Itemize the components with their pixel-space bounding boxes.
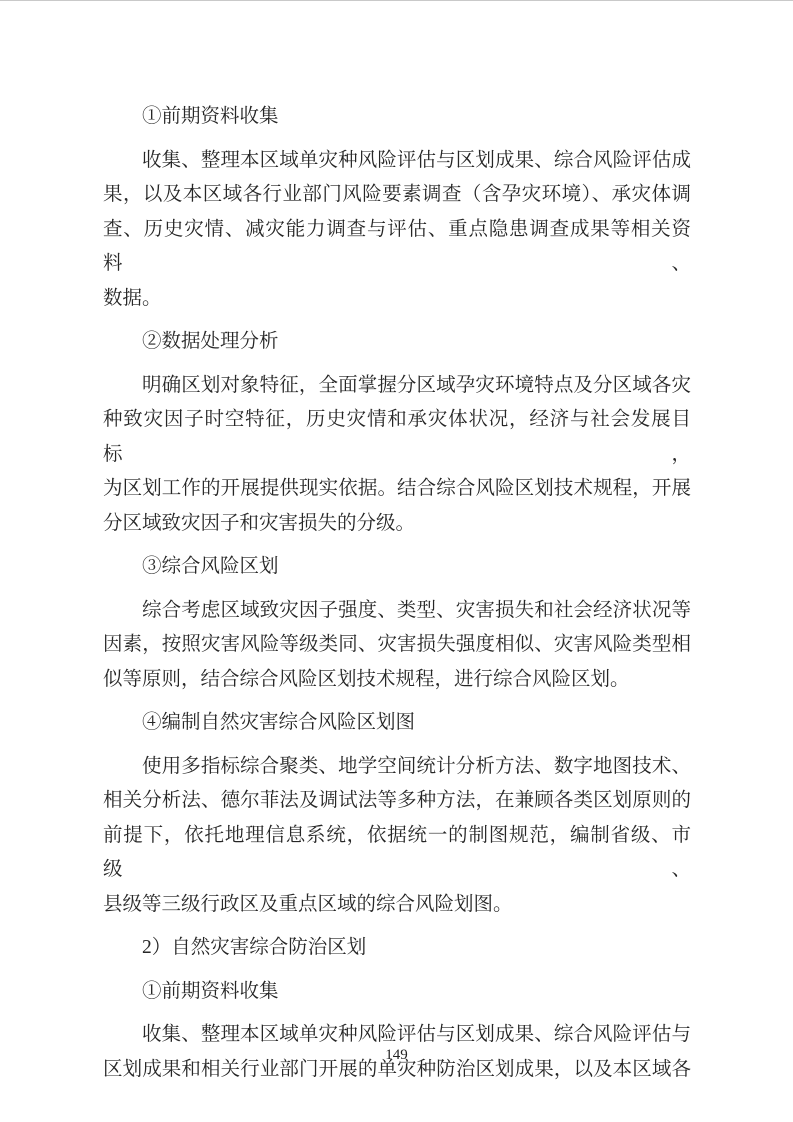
paragraph-line: 因素，按照灾害风险等级类同、灾害损失强度相似、灾害风险类型相 xyxy=(103,628,691,663)
paragraph-line: 收集、整理本区域单灾种风险评估与区划成果、综合风险评估成 xyxy=(103,144,691,179)
section-heading: 2）自然灾害综合防治区划 xyxy=(103,931,691,966)
paragraph-line: 查、历史灾情、减灾能力调查与评估、重点隐患调查成果等相关资料、 xyxy=(103,213,691,282)
paragraph-line: 县级等三级行政区及重点区域的综合风险划图。 xyxy=(103,888,691,923)
paragraph-line: 相关分析法、德尔菲法及调试法等多种方法，在兼顾各类区划原则的 xyxy=(103,784,691,819)
document-page: ①前期资料收集收集、整理本区域单灾种风险评估与区划成果、综合风险评估成果，以及本… xyxy=(0,0,793,1122)
paragraph-line: 种致灾因子时空特征，历史灾情和承灾体状况，经济与社会发展目标， xyxy=(103,403,691,472)
section-heading: ①前期资料收集 xyxy=(103,975,691,1010)
paragraph-line: 似等原则，结合综合风险区划技术规程，进行综合风险区划。 xyxy=(103,663,691,698)
section-heading: ②数据处理分析 xyxy=(103,325,691,360)
paragraph-line: 明确区划对象特征，全面掌握分区域孕灾环境特点及分区域各灾 xyxy=(103,369,691,404)
body-paragraph: 综合考虑区域致灾因子强度、类型、灾害损失和社会经济状况等因素，按照灾害风险等级类… xyxy=(103,594,691,698)
paragraph-line: 使用多指标综合聚类、地学空间统计分析方法、数字地图技术、 xyxy=(103,750,691,785)
paragraph-line: 前提下，依托地理信息系统，依据统一的制图规范，编制省级、市级、 xyxy=(103,819,691,888)
section-heading: ①前期资料收集 xyxy=(103,100,691,135)
paragraph-line: 为区划工作的开展提供现实依据。结合综合风险区划技术规程，开展 xyxy=(103,472,691,507)
paragraph-line: 分区域致灾因子和灾害损失的分级。 xyxy=(103,507,691,542)
body-paragraph: 明确区划对象特征，全面掌握分区域孕灾环境特点及分区域各灾种致灾因子时空特征，历史… xyxy=(103,369,691,542)
paragraph-line: 数据。 xyxy=(103,282,691,317)
section-heading: ④编制自然灾害综合风险区划图 xyxy=(103,706,691,741)
document-body: ①前期资料收集收集、整理本区域单灾种风险评估与区划成果、综合风险评估成果，以及本… xyxy=(103,91,691,1087)
body-paragraph: 收集、整理本区域单灾种风险评估与区划成果、综合风险评估成果，以及本区域各行业部门… xyxy=(103,144,691,317)
body-paragraph: 使用多指标综合聚类、地学空间统计分析方法、数字地图技术、相关分析法、德尔菲法及调… xyxy=(103,750,691,923)
paragraph-line: 果，以及本区域各行业部门风险要素调查（含孕灾环境）、承灾体调 xyxy=(103,178,691,213)
paragraph-line: 综合考虑区域致灾因子强度、类型、灾害损失和社会经济状况等 xyxy=(103,594,691,629)
page-number: 149 xyxy=(0,1046,793,1064)
section-heading: ③综合风险区划 xyxy=(103,550,691,585)
